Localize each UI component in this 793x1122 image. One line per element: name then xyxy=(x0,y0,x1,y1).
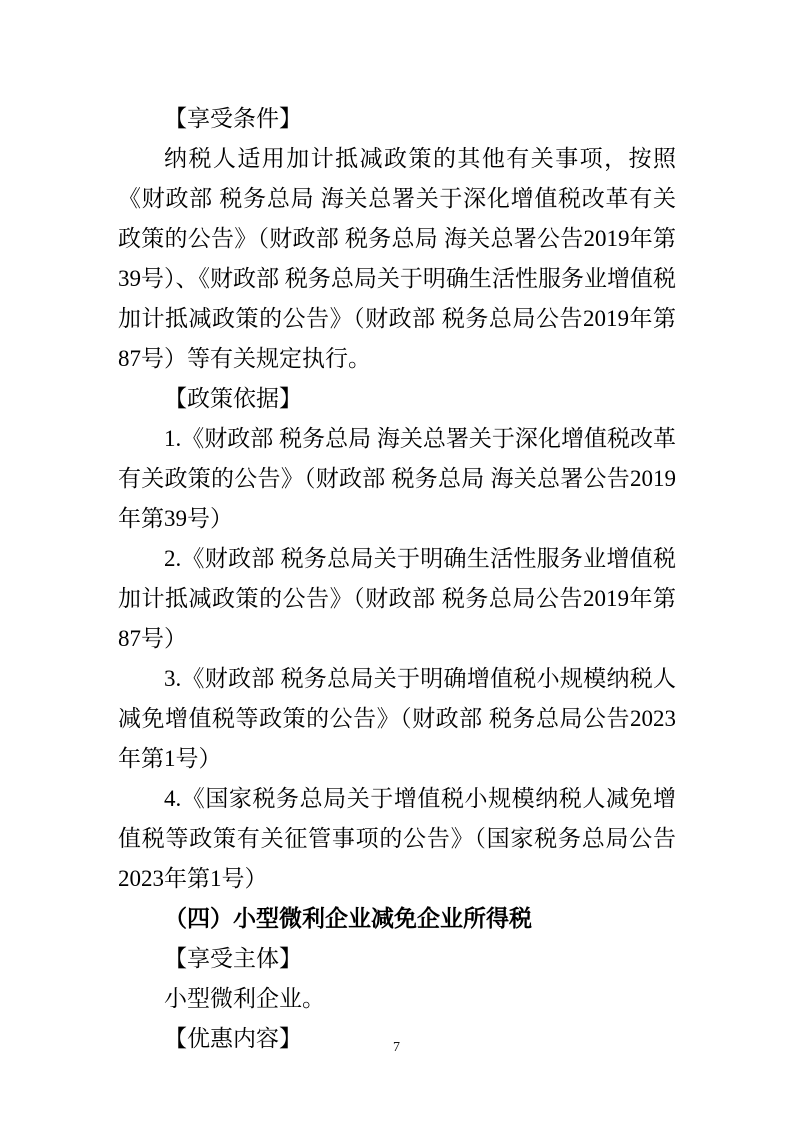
document-page: 【享受条件】 纳税人适用加计抵减政策的其他有关事项，按照《财政部 税务总局 海关… xyxy=(0,0,793,1122)
bracket-heading-enjoy-conditions: 【享受条件】 xyxy=(118,99,676,139)
section-heading-small-micro-enterprise: （四）小型微利企业减免企业所得税 xyxy=(118,899,676,939)
policy-basis-item-2: 2.《财政部 税务总局关于明确生活性服务业增值税加计抵减政策的公告》（财政部 税… xyxy=(118,539,676,659)
policy-basis-item-4: 4.《国家税务总局关于增值税小规模纳税人减免增值税等政策有关征管事项的公告》（国… xyxy=(118,779,676,899)
document-body: 【享受条件】 纳税人适用加计抵减政策的其他有关事项，按照《财政部 税务总局 海关… xyxy=(118,99,676,1059)
bracket-heading-policy-basis: 【政策依据】 xyxy=(118,379,676,419)
paragraph-other-matters: 纳税人适用加计抵减政策的其他有关事项，按照《财政部 税务总局 海关总署关于深化增… xyxy=(118,139,676,379)
policy-basis-item-3: 3.《财政部 税务总局关于明确增值税小规模纳税人减免增值税等政策的公告》（财政部… xyxy=(118,659,676,779)
policy-basis-item-1: 1.《财政部 税务总局 海关总署关于深化增值税改革有关政策的公告》（财政部 税务… xyxy=(118,419,676,539)
page-number: 7 xyxy=(0,1038,793,1058)
bracket-heading-enjoy-subject: 【享受主体】 xyxy=(118,939,676,979)
paragraph-small-micro-enterprise: 小型微利企业。 xyxy=(118,979,676,1019)
